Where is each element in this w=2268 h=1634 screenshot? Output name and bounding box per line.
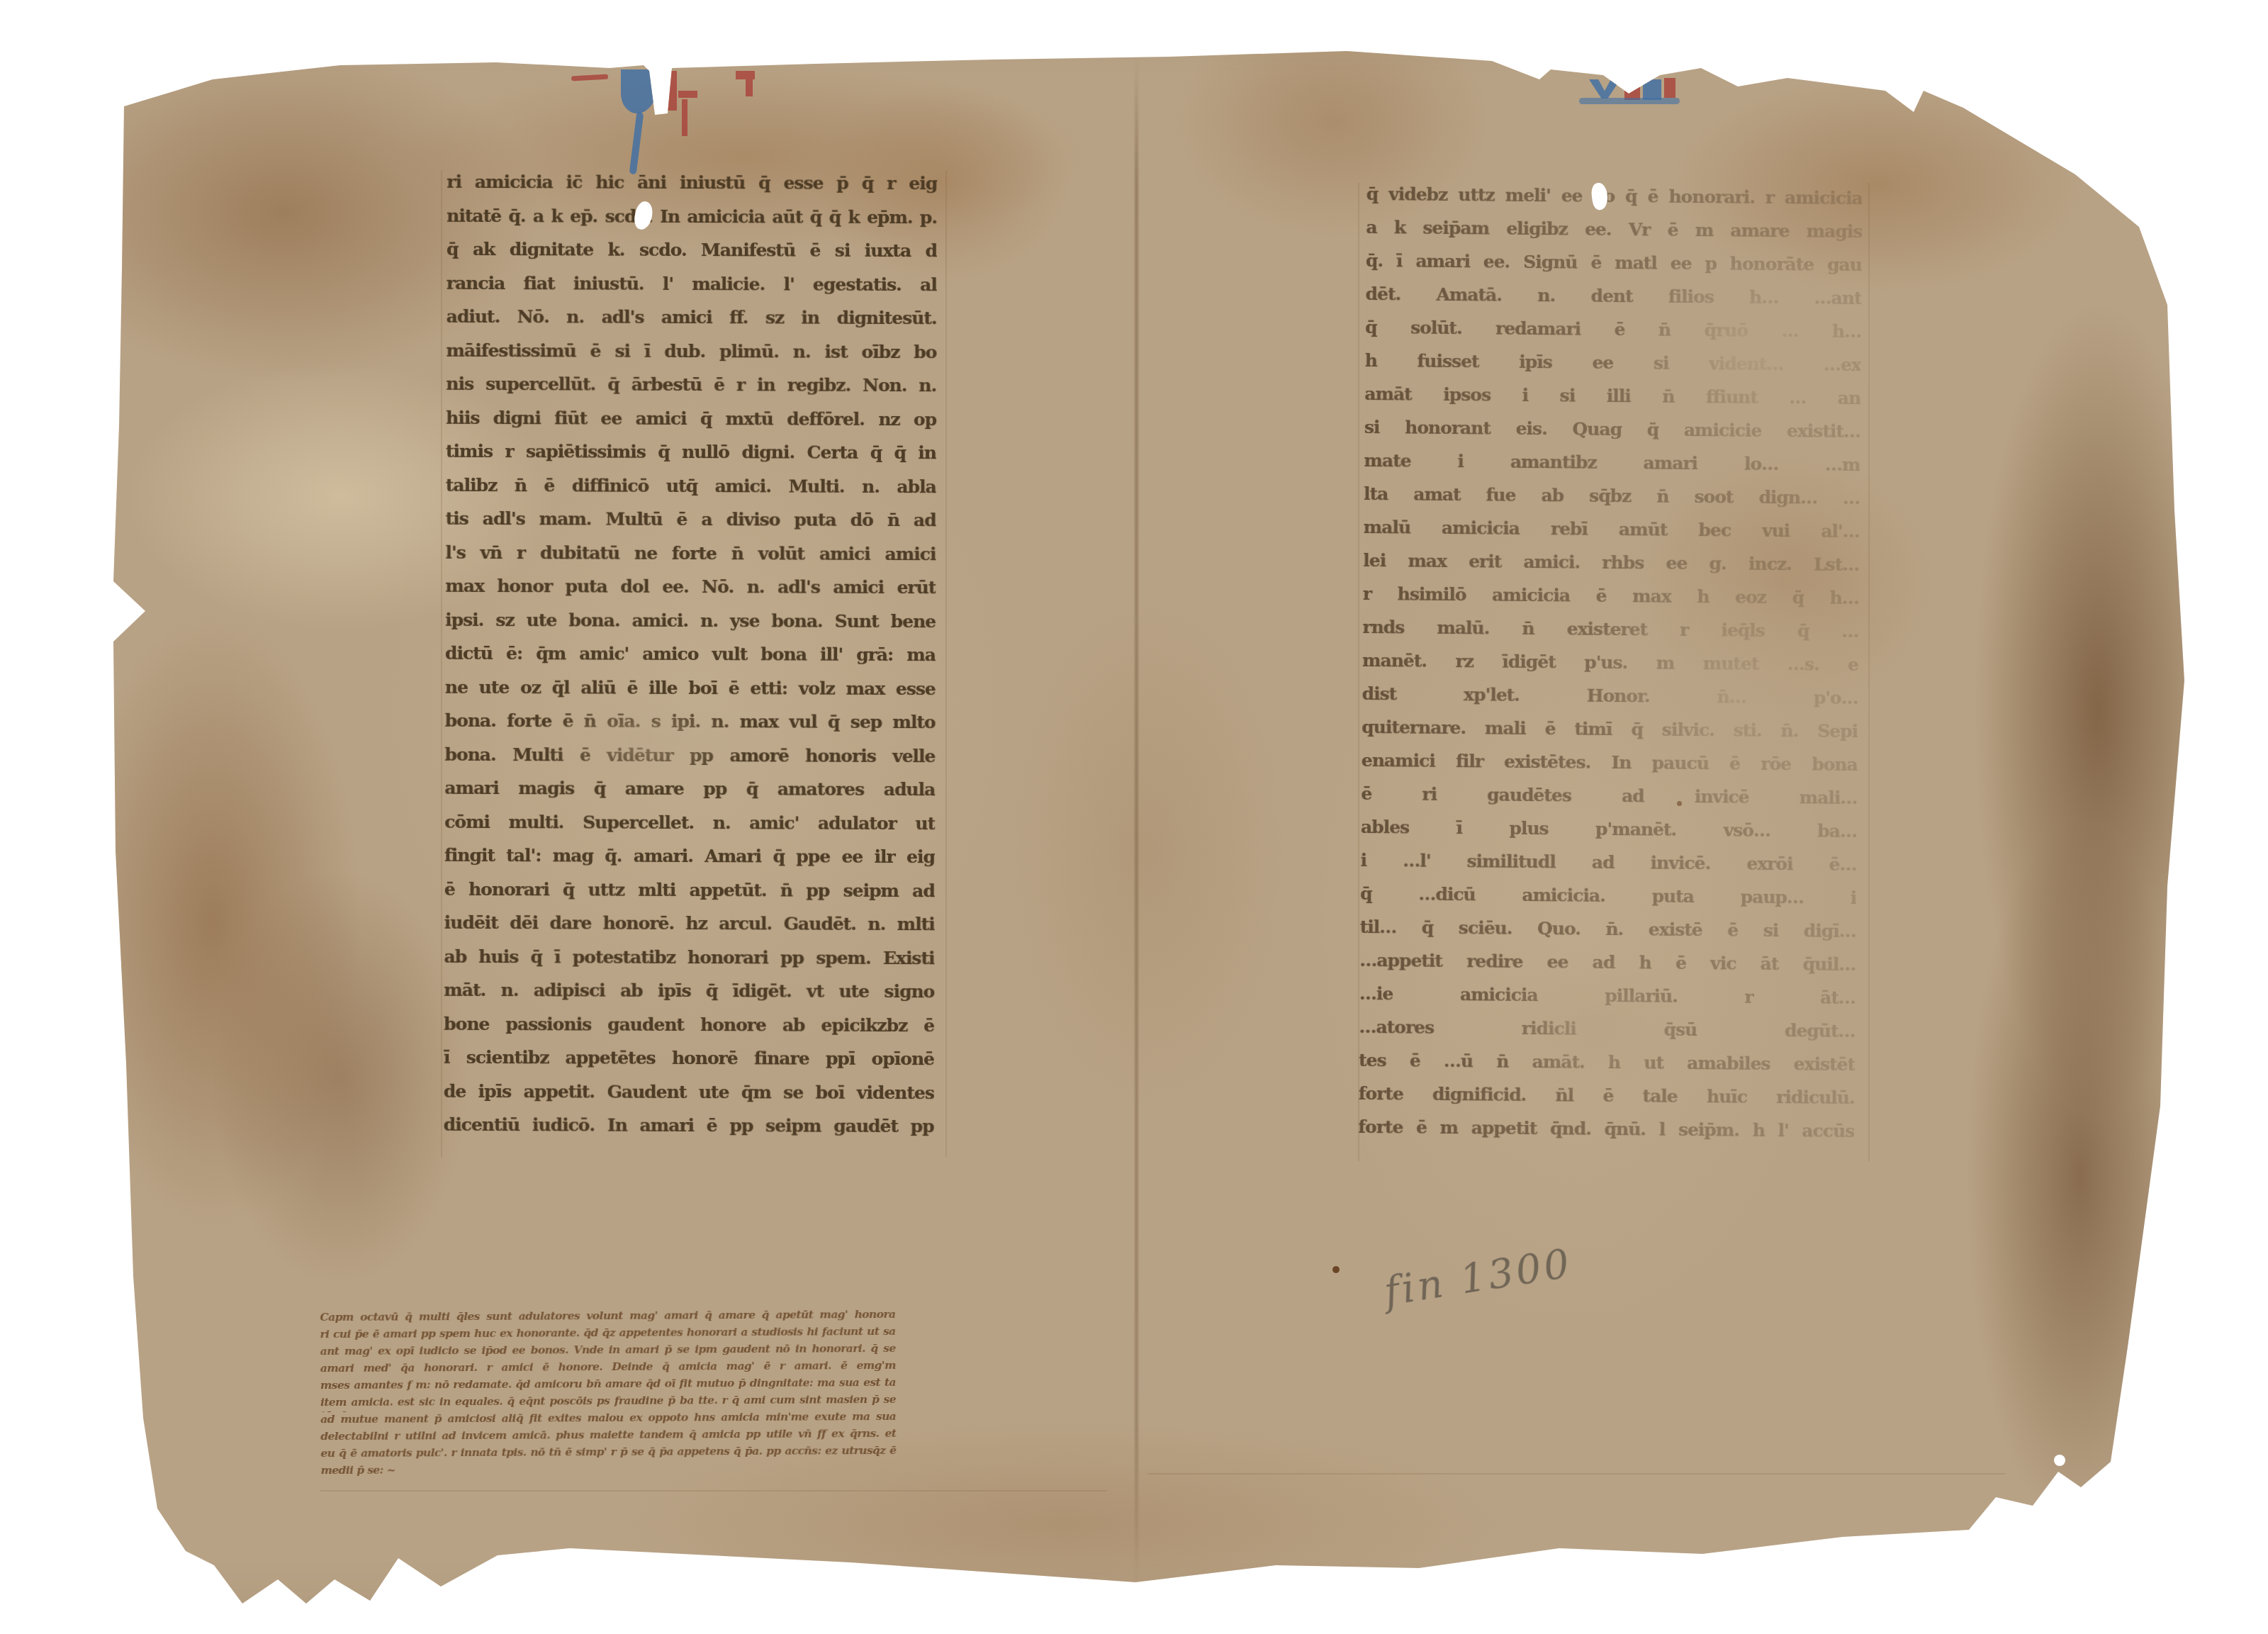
text-line: hiis digni fiūt ee amici q̄ mxtū deffōre… <box>446 407 936 442</box>
penwork-red-fragment-icon <box>1624 78 1640 100</box>
text-line: til… q̄ sciēu. Quo. n̄. existē ē si digī… <box>1360 917 1856 954</box>
text-line: mate i amantibz amari lo… …m <box>1364 450 1860 488</box>
text-line: bone passionis gaudent honore ab epicikz… <box>444 1013 934 1048</box>
text-line: māt. n. adipisci ab ipīs q̄ īdigēt. vt u… <box>444 980 934 1015</box>
text-line: dictū ē: q̄m amic' amico vult bona ill' … <box>445 643 936 678</box>
text-line: i …l' similitudl ad invicē. exrōi ē… <box>1360 850 1856 888</box>
marginal-gloss-note: Capm octavū q̄ multi q̄les sunt adulator… <box>320 1307 896 1480</box>
penwork-blue-fragment-icon <box>1643 79 1661 100</box>
text-line: cōmi multi. Supercellet. n. amic' adulat… <box>444 811 935 846</box>
penwork-blue-underline-icon <box>1579 98 1680 104</box>
text-line: ne ute oz q̄l aliū ē ille boī ē etti: vo… <box>445 676 936 712</box>
text-line: talibz n̄ ē diffinicō utq̄ amici. Multi.… <box>446 474 936 510</box>
penwork-red-fragment-icon <box>682 99 687 136</box>
ruling-line <box>945 170 947 1157</box>
text-line: nis supercellūt. q̄ ārbestū ē r in regib… <box>446 374 936 409</box>
text-line: lei max erit amici. rhbs ee g. incz. Lst… <box>1363 550 1859 588</box>
penwork-blue-fragment-icon <box>1589 79 1620 99</box>
text-line: rancia fiat iniustū. l' malicie. l' eges… <box>447 272 937 308</box>
text-line: iudēit dēi dare honorē. hz arcul. Gaudēt… <box>444 912 935 948</box>
center-fold-crease <box>1135 58 1138 1582</box>
text-line: l's vn̄ r dubitatū ne forte n̄ volūt ami… <box>445 542 936 577</box>
text-line: si honorant eis. Quag q̄ amicicie existi… <box>1364 417 1860 454</box>
text-line: māifestissimū ē si ī dub. plimū. n. ist … <box>446 340 936 375</box>
text-line: fingit tal': mag q̄. amari. Amari q̄ ppe… <box>444 845 935 880</box>
text-line: lta amat fue ab sq̄bz n̄ soot dign… … <box>1364 483 1860 521</box>
text-line: ē honorari q̄ uttz mlti appetūt. n̄ pp s… <box>444 878 935 914</box>
left-page-text-column: ri amicicia ic̄ hic āni iniustū q̄ esse … <box>444 172 938 1150</box>
text-line: ables ī plus p'manēt. vsō… ba… <box>1361 817 1857 854</box>
text-line: q̄ …dicū amicicia. puta paup… i <box>1360 883 1856 921</box>
text-line: …appetit redire ee ad h ē vic āt q̄uil… <box>1359 950 1856 987</box>
parchment-hole <box>2054 1455 2065 1466</box>
manuscript-photo: ri amicicia ic̄ hic āni iniustū q̄ esse … <box>0 0 2268 1634</box>
text-line: timis r sapiētissimis q̄ nullō digni. Ce… <box>446 441 936 476</box>
text-line: dist xp'let. Honor. n̄… p'o… <box>1362 683 1858 721</box>
text-line: amāt ipsos i si illi n̄ ffiunt … an <box>1364 384 1860 421</box>
text-line: manēt. rz īdigēt p'us. m mutet …s. e <box>1362 650 1858 688</box>
text-line: dēt. Amatā. n. dent filios h… …ant <box>1365 284 1861 321</box>
ruling-line <box>441 170 442 1157</box>
text-line: ab huis q̄ ī potestatibz honorari pp spe… <box>444 946 934 981</box>
text-line: dicentiū iudicō. In amari ē pp seipm gau… <box>444 1114 934 1150</box>
penwork-red-squiggle-icon <box>571 74 608 82</box>
worm-hole-speck <box>1677 801 1682 806</box>
penwork-red-fragment-icon <box>1664 78 1675 98</box>
penwork-red-fragment-icon <box>736 71 755 79</box>
text-line: ri amicicia ic̄ hic āni iniustū q̄ esse … <box>447 172 937 207</box>
text-line: ē ri gaudētes ad invicē mali… <box>1361 783 1857 821</box>
text-line: rnds malū. n̄ existeret r ieq̄ls q̄ … <box>1362 617 1858 654</box>
penwork-red-fragment-icon <box>746 79 753 96</box>
ruling-line <box>320 1490 1107 1492</box>
text-line: tes ē …ū n̄ amāt. h ut amabiles existēt <box>1359 1050 1855 1087</box>
ruling-line <box>1148 1473 2006 1474</box>
text-line: h fuisset ipīs ee si vident… …ex <box>1364 350 1860 388</box>
text-line: r hsimilō amicicia ē max h eoz q̄ h… <box>1363 583 1859 621</box>
text-line: ipsi. sz ute bona. amici. n. yse bona. S… <box>445 609 936 644</box>
text-line: adiut. Nō. n. adl's amici ff. sz in dign… <box>447 306 937 342</box>
text-line: …atores ridicli q̄sū degūt… <box>1359 1017 1855 1054</box>
parchment-hole <box>2068 1524 2077 1533</box>
text-line: q̄ solūt. redamari ē n̄ q̄ruō … h… <box>1365 317 1861 354</box>
gloss-line: medii p̄ se: ~ <box>321 1460 897 1480</box>
text-line: a k seip̄am eligibz ee. Vr ē m amare mag… <box>1366 217 1862 254</box>
text-line: max honor puta dol ee. Nō. n. adl's amic… <box>445 576 936 611</box>
parchment-bifolium: ri amicicia ic̄ hic āni iniustū q̄ esse … <box>0 0 2268 1634</box>
text-line: q̄. ī amari ee. Signū ē matl ee p honorā… <box>1366 250 1862 288</box>
text-line: tis adl's mam. Multū ē a diviso puta dō … <box>446 508 936 544</box>
penwork-blue-descender-icon <box>629 112 644 175</box>
text-line: ī scientibz appetētes honorē finare ppī … <box>444 1047 934 1082</box>
text-line: quiternare. mali ē timī q̄ silvic. sti. … <box>1362 717 1858 754</box>
text-line: bona. Multi ē vidētur pp amorē honoris v… <box>444 744 935 779</box>
text-line: forte ē m appetit q̄nd. q̄nū. l seip̄m. … <box>1358 1117 1854 1154</box>
text-line: bona. forte ē n̄ oīa. s ipi. n. max vul … <box>445 710 936 746</box>
worm-hole-speck <box>1332 1266 1340 1273</box>
date-inscription: fin 1300 <box>1381 1241 1576 1316</box>
penwork-red-fragment-icon <box>666 71 677 111</box>
penwork-red-fragment-icon <box>678 91 697 98</box>
text-line: nitatē q̄. a k ep̄. scdō. In amicicia aū… <box>447 205 937 240</box>
text-line: de ipīs appetit. Gaudent ute q̄m se boī … <box>444 1080 934 1116</box>
penwork-blue-initial-fragment-icon <box>621 69 656 113</box>
text-line: enamici filr existētes. In paucū ē rōe b… <box>1362 750 1858 788</box>
text-line: …ie amicicia pillariū. r āt… <box>1359 983 1856 1021</box>
text-line: malū amicicia rebī amūt bec vui al'… <box>1363 517 1859 554</box>
right-page-text-column: q̄ videbz uttz meli' ee eo q̄ ē honorari… <box>1358 184 1863 1154</box>
ruling-line <box>1868 183 1870 1161</box>
text-line: forte dignificid. n̄l ē tale huīc ridicu… <box>1358 1083 1854 1121</box>
text-line: q̄ videbz uttz meli' ee eo q̄ ē honorari… <box>1366 184 1863 221</box>
text-line: amari magis q̄ amare pp q̄ amatores adul… <box>444 778 935 813</box>
text-line: q̄ ak dignitate k. scdo. Manifestū ē si … <box>447 239 937 274</box>
